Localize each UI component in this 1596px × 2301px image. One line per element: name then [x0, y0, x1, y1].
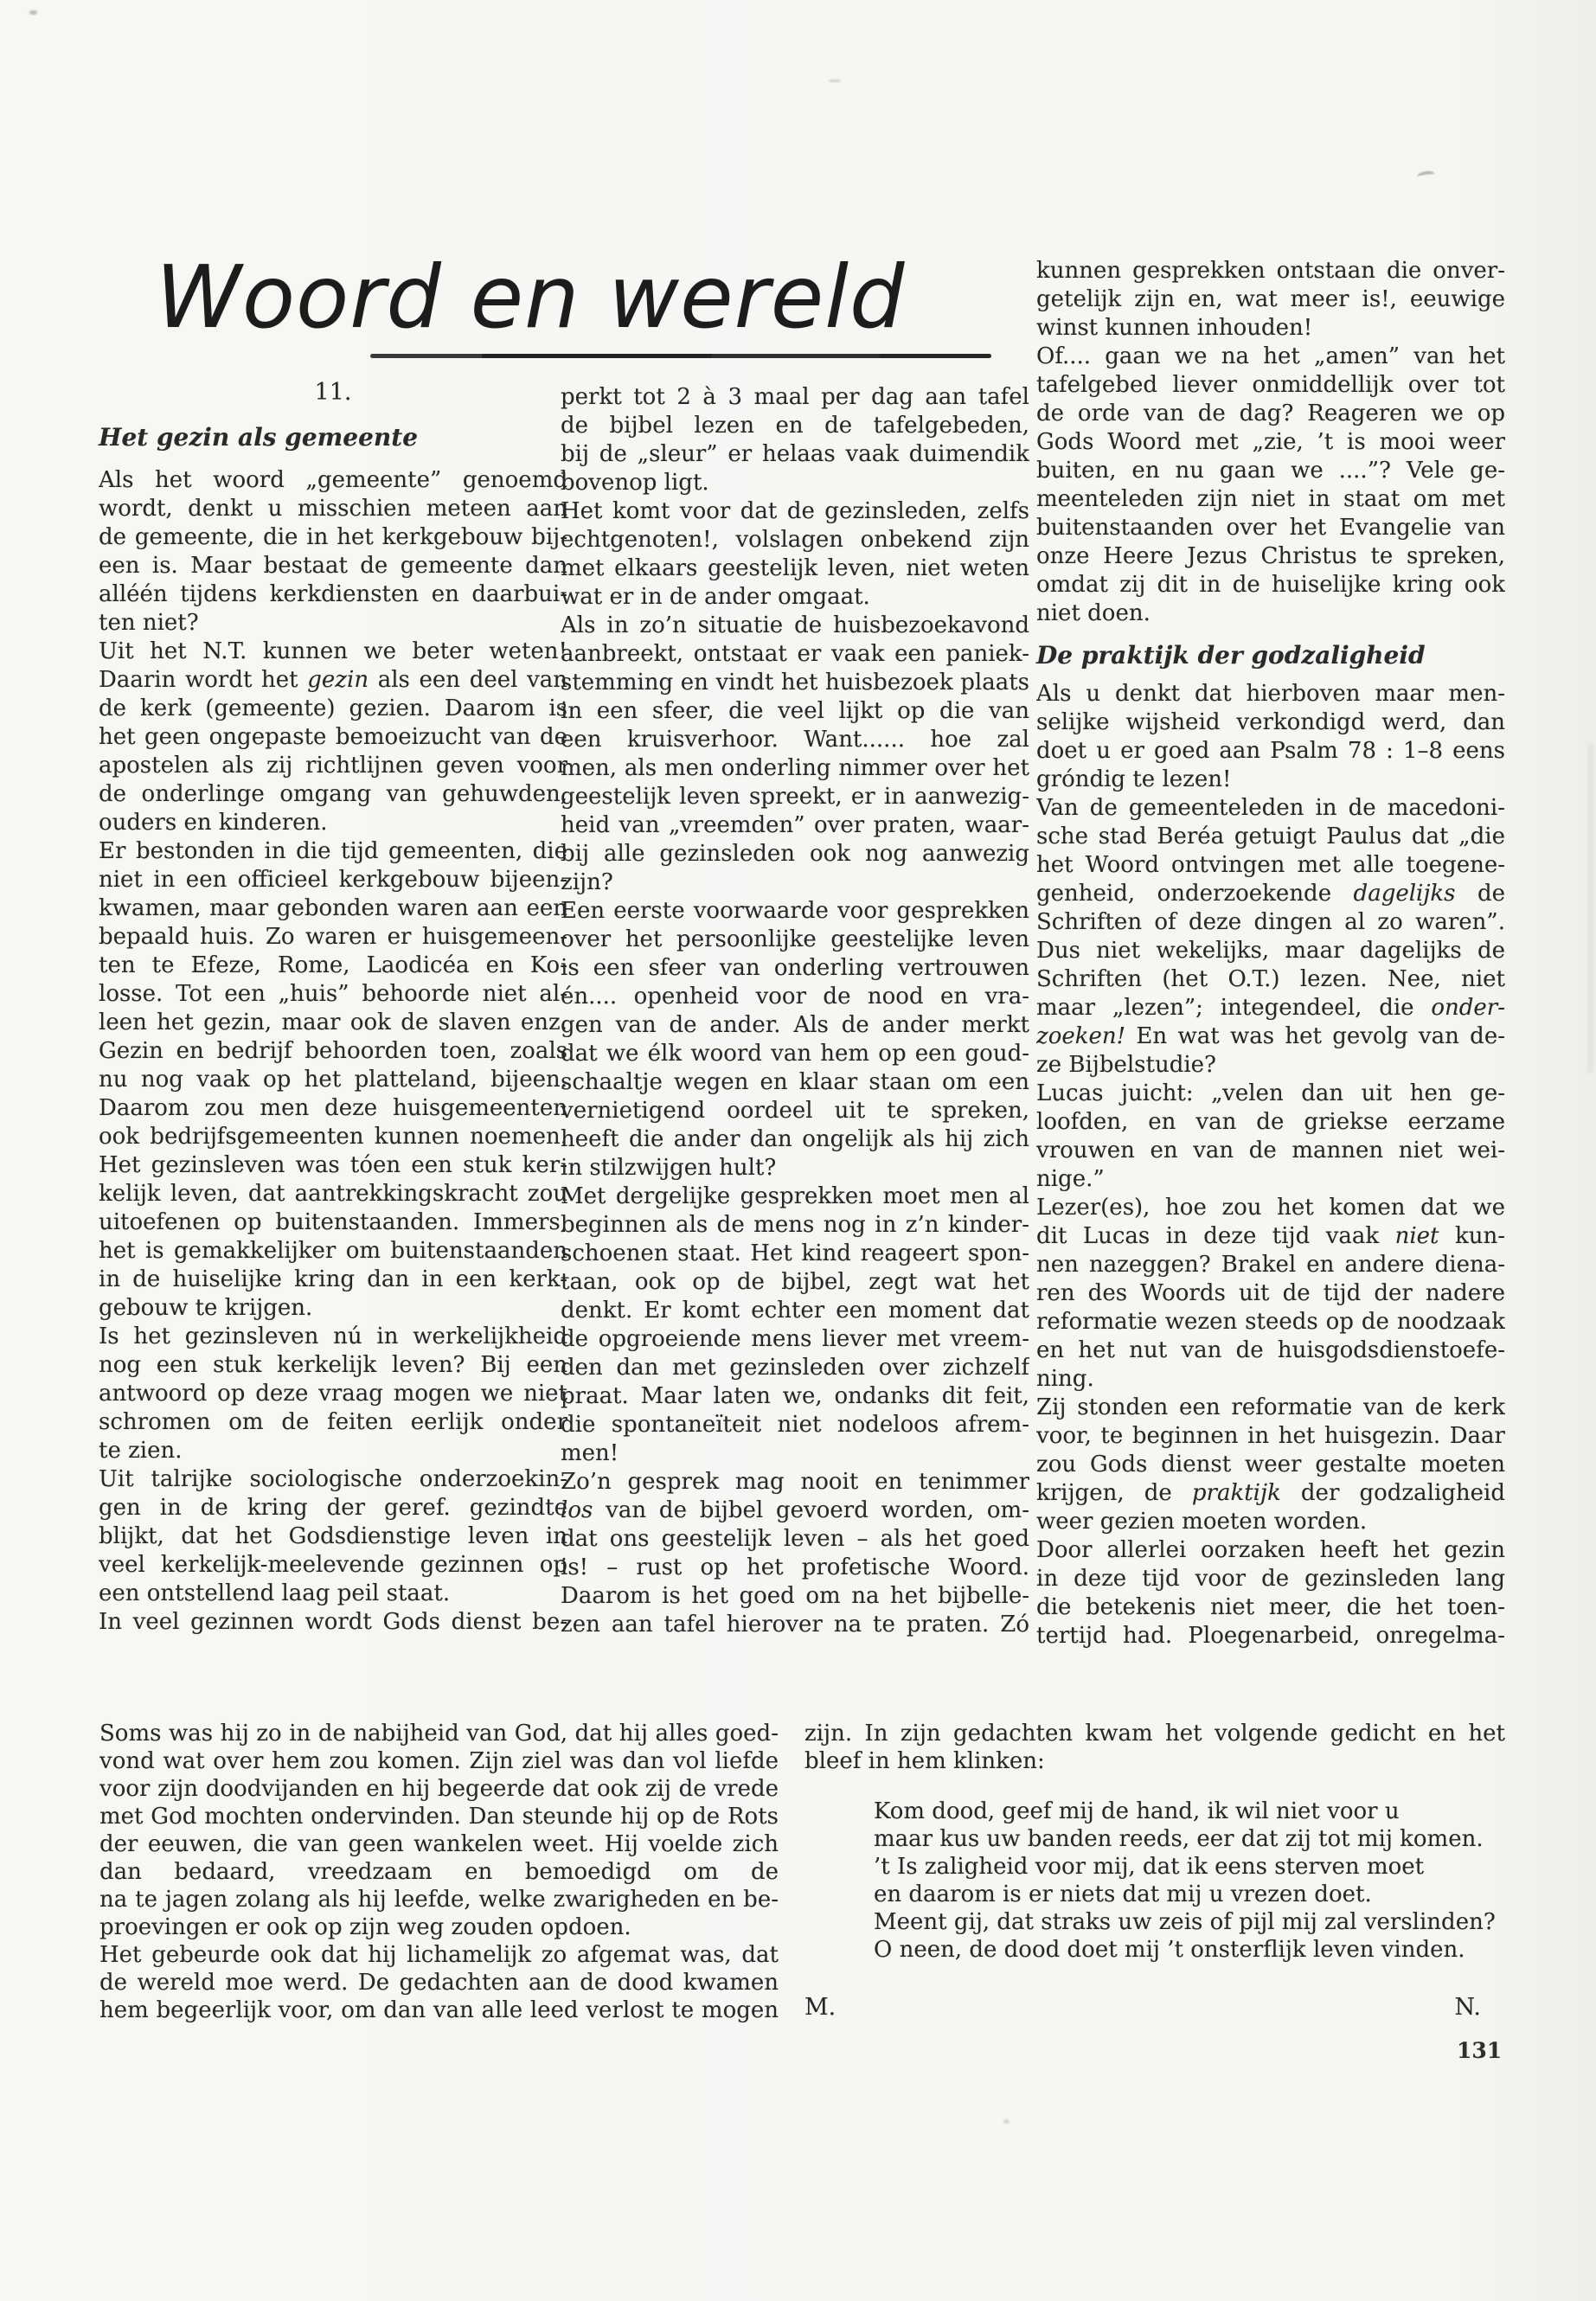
text-line: de wereld moe werd. De gedachten aan de …	[99, 1969, 779, 1997]
text-line: Als u denkt dat hierboven maar men-	[1036, 680, 1505, 708]
text-line: gen in de kring der geref. gezindte	[99, 1494, 567, 1522]
text-line: en het nut van de huisgodsdienstoefe-	[1036, 1336, 1505, 1365]
text-line: is een sfeer van onderling vertrouwen	[561, 954, 1029, 983]
text-line: Een eerste voorwaarde voor gesprekken	[561, 897, 1029, 926]
text-line: winst kunnen inhouden!	[1036, 314, 1505, 343]
text-line: in deze tijd voor de gezinsleden lang	[1036, 1565, 1505, 1593]
text-line: Als in zo’n situatie de huisbezoekavond	[561, 612, 1029, 640]
text-line: Het gebeurde ook dat hij lichamelijk zo …	[99, 1941, 779, 1969]
text-line: In veel gezinnen wordt Gods dienst be-	[99, 1608, 567, 1637]
bottom-right-intro: zijn. In zijn gedachten kwam het volgend…	[804, 1720, 1505, 1775]
text-line: niet in een officieel kerkgebouw bijeen-	[99, 866, 567, 894]
text-line: hem begeerlijk voor, om dan van alle lee…	[99, 1997, 779, 2024]
column-3-heading: De praktijk der godzaligheid	[1036, 638, 1505, 673]
text-line: Het gezinsleven was tóen een stuk ker-	[99, 1151, 567, 1180]
text-line: vond wat over hem zou komen. Zijn ziel w…	[99, 1747, 779, 1775]
text-line: na te jagen zolang als hij leefde, welke…	[99, 1886, 779, 1913]
text-line: ning.	[1036, 1365, 1505, 1394]
scan-artifact	[1588, 744, 1593, 1073]
text-line: én.... openheid voor de nood en vra-	[561, 983, 1029, 1011]
text-line: dan bedaard, vreedzaam en bemoedigd om d…	[99, 1858, 779, 1886]
text-line: antwoord op deze vraag mogen we niet	[99, 1380, 567, 1408]
text-line: veel kerkelijk-meelevende gezinnen op	[99, 1551, 567, 1580]
text-line: omdat zij dit in de huiselijke kring ook	[1036, 571, 1505, 599]
text-line: proevingen er ook op zijn weg zouden opd…	[99, 1913, 779, 1941]
scan-artifact	[1417, 170, 1435, 180]
text-line: gebouw te krijgen.	[99, 1294, 567, 1323]
text-line: perkt tot 2 à 3 maal per dag aan tafel	[561, 383, 1029, 412]
text-line: Lucas juicht: „velen dan uit hen ge-	[1036, 1080, 1505, 1108]
text-line: een is. Maar bestaat de gemeente dan	[99, 552, 567, 580]
text-line: gen van de ander. Als de ander merkt	[561, 1011, 1029, 1040]
column-1-heading: Het gezin als gemeente	[99, 421, 567, 454]
text-line: ze Bijbelstudie?	[1036, 1051, 1505, 1080]
text-line: Van de gemeenteleden in de macedoni-	[1036, 794, 1505, 823]
text-line: leen het gezin, maar ook de slaven enz.	[99, 1009, 567, 1037]
text-line: genheid, onderzoekende dagelijks de	[1036, 880, 1505, 908]
text-line: bij de „sleur” er helaas vaak duimendik	[561, 440, 1029, 469]
text-line: Er bestonden in die tijd gemeenten, die	[99, 837, 567, 866]
text-line: taan, ook op de bijbel, zegt wat het	[561, 1268, 1029, 1297]
text-line: alléén tijdens kerkdiensten en daarbui-	[99, 580, 567, 609]
text-line: Lezer(es), hoe zou het komen dat we	[1036, 1194, 1505, 1222]
text-line: voor, te beginnen in het huisgezin. Daar	[1036, 1422, 1505, 1451]
text-line: krijgen, de praktijk der godzaligheid	[1036, 1479, 1505, 1508]
bottom-left-text: Soms was hij zo in de nabijheid van God,…	[99, 1720, 779, 2024]
page-title: Woord en wereld	[156, 254, 906, 341]
column-3-text-top: kunnen gesprekken ontstaan die onver-get…	[1036, 257, 1505, 628]
text-line: in de huiselijke kring dan in een kerk-	[99, 1266, 567, 1294]
text-line: buiten, en nu gaan we ....”? Vele ge-	[1036, 457, 1505, 485]
text-line: echtgenoten!, volslagen onbekend zijn	[561, 526, 1029, 554]
text-line: de opgroeiende mens liever met vreem-	[561, 1325, 1029, 1354]
text-line: zijn?	[561, 868, 1029, 897]
text-line: het is gemakkelijker om buitenstaanden	[99, 1237, 567, 1266]
text-line: Of.... gaan we na het „amen” van het	[1036, 343, 1505, 371]
text-line: nen nazeggen? Brakel en andere diena-	[1036, 1251, 1505, 1279]
text-line: schromen om de feiten eerlijk onder ogen	[99, 1408, 567, 1437]
text-line: wat er in de ander omgaat.	[561, 583, 1029, 612]
text-line: Is het gezinsleven nú in werkelijkheid	[99, 1323, 567, 1351]
text-line: zoeken! En wat was het gevolg van de-	[1036, 1022, 1505, 1051]
text-line: tertijd had. Ploegenarbeid, onregelma-	[1036, 1622, 1505, 1650]
column-2: perkt tot 2 à 3 maal per dag aan tafelde…	[561, 383, 1029, 1639]
scan-artifact	[1003, 2119, 1010, 2124]
signature-m: M.	[804, 1995, 836, 2021]
text-line: Door allerlei oorzaken heeft het gezin	[1036, 1536, 1505, 1565]
text-line: kunnen gesprekken ontstaan die onver-	[1036, 257, 1505, 285]
page-number: 131	[1457, 2038, 1502, 2063]
text-line: loofden, en van de griekse eerzame	[1036, 1108, 1505, 1137]
scan-artifact	[829, 80, 841, 82]
text-line: schaaltje wegen en klaar staan om een	[561, 1068, 1029, 1097]
text-line: apostelen als zij richtlijnen geven voor	[99, 752, 567, 780]
text-line: aanbreekt, ontstaat er vaak een paniek-	[561, 640, 1029, 669]
text-line: bovenop ligt.	[561, 469, 1029, 497]
text-line: Als het woord „gemeente” genoemd	[99, 466, 567, 495]
column-2-text: perkt tot 2 à 3 maal per dag aan tafelde…	[561, 383, 1029, 1639]
text-line: Schriften (het O.T.) lezen. Nee, niet	[1036, 965, 1505, 994]
text-line: tafelgebed liever onmiddellijk over tot	[1036, 371, 1505, 400]
text-line: sche stad Beréa getuigt Paulus dat „die	[1036, 823, 1505, 851]
text-line: zou Gods dienst weer gestalte moeten	[1036, 1451, 1505, 1479]
text-line: dit Lucas in deze tijd vaak niet kun-	[1036, 1222, 1505, 1251]
text-line: nu nog vaak op het platteland, bijeen.	[99, 1066, 567, 1094]
text-line: der eeuwen, die van geen wankelen weet. …	[99, 1830, 779, 1858]
text-line: vernietigend oordeel uit te spreken,	[561, 1097, 1029, 1125]
text-line: Schriften of deze dingen al zo waren”.	[1036, 908, 1505, 937]
text-line: beginnen als de mens nog in z’n kinder-	[561, 1211, 1029, 1240]
text-line: getelijk zijn en, wat meer is!, eeuwige	[1036, 285, 1505, 314]
text-line: heid van „vreemden” over praten, waar-	[561, 811, 1029, 840]
bottom-right-column: zijn. In zijn gedachten kwam het volgend…	[804, 1720, 1505, 2021]
text-line: kwamen, maar gebonden waren aan een	[99, 894, 567, 923]
text-line: bleef in hem klinken:	[804, 1747, 1505, 1775]
column-1: 11. Het gezin als gemeente Als het woord…	[99, 378, 567, 1637]
text-line: kelijk leven, dat aantrekkingskracht zou	[99, 1180, 567, 1208]
text-line: Met dergelijke gesprekken moet men al	[561, 1183, 1029, 1211]
text-line: Dus niet wekelijks, maar dagelijks de	[1036, 937, 1505, 965]
text-line: ouders en kinderen.	[99, 809, 567, 837]
text-line: reformatie wezen steeds op de noodzaak	[1036, 1308, 1505, 1336]
text-line: dat ons geestelijk leven – als het goed	[561, 1525, 1029, 1554]
text-line: uitoefenen op buitenstaanden. Immers,	[99, 1208, 567, 1237]
text-line: Soms was hij zo in de nabijheid van God,…	[99, 1720, 779, 1747]
text-line: Gezin en bedrijf behoorden toen, zoals	[99, 1037, 567, 1066]
text-line: een kruisverhoor. Want...... hoe zal	[561, 726, 1029, 754]
text-line: ook bedrijfsgemeenten kunnen noemen.	[99, 1123, 567, 1151]
scan-artifact	[29, 10, 37, 15]
text-line: het Woord ontvingen met alle toegene-	[1036, 851, 1505, 880]
text-line: de kerk (gemeente) gezien. Daarom is	[99, 695, 567, 723]
text-line: wordt, denkt u misschien meteen aan	[99, 495, 567, 523]
bottom-left-column: Soms was hij zo in de nabijheid van God,…	[99, 1720, 779, 2024]
text-line: bij alle gezinsleden ook nog aanwezig	[561, 840, 1029, 868]
text-line: nog een stuk kerkelijk leven? Bij een	[99, 1351, 567, 1380]
text-line: gróndig te lezen!	[1036, 766, 1505, 794]
text-line: losse. Tot een „huis” behoorde niet al-	[99, 980, 567, 1009]
text-line: de bijbel lezen en de tafelgebeden, waar…	[561, 412, 1029, 440]
column-3-text-bottom: Als u denkt dat hierboven maar men-selij…	[1036, 680, 1505, 1650]
text-line: een ontstellend laag peil staat.	[99, 1580, 567, 1608]
text-line: met God mochten ondervinden. Dan steunde…	[99, 1803, 779, 1830]
text-line: Daarom zou men deze huisgemeenten	[99, 1094, 567, 1123]
text-line: geestelijk leven spreekt, er in aanwezig…	[561, 783, 1029, 811]
text-line: over het persoonlijke geestelijke leven	[561, 926, 1029, 954]
section-number: 11.	[99, 378, 567, 407]
text-line: zijn. In zijn gedachten kwam het volgend…	[804, 1720, 1505, 1747]
text-line: Zo’n gesprek mag nooit en tenimmer	[561, 1468, 1029, 1497]
text-line: praat. Maar laten we, ondanks dit feit,	[561, 1382, 1029, 1411]
text-line: zen aan tafel hierover na te praten. Zó	[561, 1611, 1029, 1639]
text-line: het geen ongepaste bemoeizucht van de	[99, 723, 567, 752]
text-line: ten niet?	[99, 609, 567, 638]
text-line: schoenen staat. Het kind reageert spon-	[561, 1240, 1029, 1268]
text-line: bepaald huis. Zo waren er huisgemeen-	[99, 923, 567, 952]
text-line: niet doen.	[1036, 599, 1505, 628]
text-line: dat we élk woord van hem op een goud-	[561, 1040, 1029, 1068]
text-line: buitenstaanden over het Evangelie van	[1036, 514, 1505, 542]
text-line: blijkt, dat het Godsdienstige leven in	[99, 1522, 567, 1551]
column-1-text: Als het woord „gemeente” genoemdwordt, d…	[99, 466, 567, 1637]
text-line: Uit talrijke sociologische onderzoekin-	[99, 1465, 567, 1494]
text-line: vrouwen en van de mannen niet wei-	[1036, 1137, 1505, 1165]
text-line: maar „lezen”; integendeel, die onder-	[1036, 994, 1505, 1022]
text-line: Kom dood, geef mij de hand, ik wil niet …	[874, 1798, 1505, 1825]
text-line: en daarom is er niets dat mij u vrezen d…	[874, 1881, 1505, 1908]
text-line: weer gezien moeten worden.	[1036, 1508, 1505, 1536]
text-line: Uit het N.T. kunnen we beter weten!	[99, 638, 567, 666]
text-line: ren des Woords uit de tijd der nadere	[1036, 1279, 1505, 1308]
text-line: in stilzwijgen hult?	[561, 1154, 1029, 1183]
text-line: te zien.	[99, 1437, 567, 1465]
text-line: ’t Is zaligheid voor mij, dat ik eens st…	[874, 1853, 1505, 1881]
text-line: maar kus uw banden reeds, eer dat zij to…	[874, 1825, 1505, 1853]
text-line: meenteleden zijn niet in staat om met	[1036, 485, 1505, 514]
text-line: Daarin wordt het gezin als een deel van	[99, 666, 567, 695]
text-line: doet u er goed aan Psalm 78 : 1–8 eens	[1036, 737, 1505, 766]
text-line: den dan met gezinsleden over zichzelf	[561, 1354, 1029, 1382]
text-line: denkt. Er komt echter een moment dat	[561, 1297, 1029, 1325]
signatures: M. N.	[804, 1995, 1505, 2021]
text-line: die betekenis niet meer, die het toen-	[1036, 1593, 1505, 1622]
text-line: de orde van de dag? Reageren we op	[1036, 400, 1505, 428]
text-line: O neen, de dood doet mij ’t onsterflijk …	[874, 1936, 1505, 1964]
text-line: nige.”	[1036, 1165, 1505, 1194]
text-line: stemming en vindt het huisbezoek plaats	[561, 669, 1029, 697]
text-line: los van de bijbel gevoerd worden, om-	[561, 1497, 1029, 1525]
poem: Kom dood, geef mij de hand, ik wil niet …	[874, 1798, 1505, 1964]
text-line: is! – rust op het profetische Woord.	[561, 1554, 1029, 1582]
text-line: Het komt voor dat de gezinsleden, zelfs	[561, 497, 1029, 526]
text-line: men!	[561, 1439, 1029, 1468]
text-line: ten te Efeze, Rome, Laodicéa en Ko-	[99, 952, 567, 980]
scanned-page: Woord en wereld 11. Het gezin als gemeen…	[0, 0, 1596, 2301]
text-line: de gemeente, die in het kerkgebouw bij-	[99, 523, 567, 552]
signature-n: N.	[1455, 1995, 1481, 2021]
text-line: onze Heere Jezus Christus te spreken,	[1036, 542, 1505, 571]
text-line: Zij stonden een reformatie van de kerk	[1036, 1394, 1505, 1422]
text-line: die spontaneïteit niet nodeloos afrem-	[561, 1411, 1029, 1439]
title-underline	[370, 354, 991, 358]
text-line: voor zijn doodvijanden en hij begeerde d…	[99, 1775, 779, 1803]
column-3: kunnen gesprekken ontstaan die onver-get…	[1036, 257, 1505, 1650]
text-line: met elkaars geestelijk leven, niet weten	[561, 554, 1029, 583]
text-line: selijke wijsheid verkondigd werd, dan	[1036, 708, 1505, 737]
text-line: Gods Woord met „zie, ’t is mooi weer	[1036, 428, 1505, 457]
text-line: in een sfeer, die veel lijkt op die van	[561, 697, 1029, 726]
text-line: heeft die ander dan ongelijk als hij zic…	[561, 1125, 1029, 1154]
text-line: Meent gij, dat straks uw zeis of pijl mi…	[874, 1908, 1505, 1936]
text-line: de onderlinge omgang van gehuwden,	[99, 780, 567, 809]
text-line: Daarom is het goed om na het bijbelle-	[561, 1582, 1029, 1611]
text-line: men, als men onderling nimmer over het	[561, 754, 1029, 783]
